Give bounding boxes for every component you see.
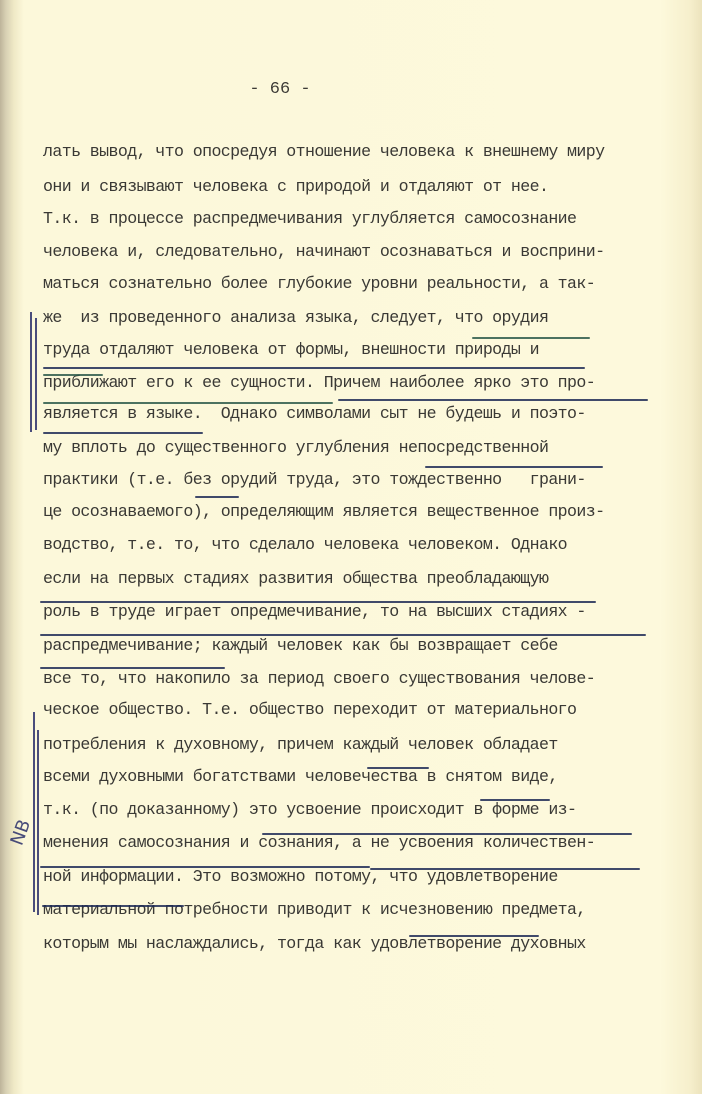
text-line: если на первых стадиях развития общества… — [43, 569, 548, 589]
text-line: роль в труде играет опредмечивание, то н… — [43, 602, 586, 622]
text-line: они и связывают человека с природой и от… — [43, 177, 548, 197]
text-line: является в языке. Однако символами сыт н… — [43, 404, 586, 424]
text-line: ной информации. Это возможно потому, что… — [43, 867, 558, 887]
text-line: же из проведенного анализа языка, следуе… — [43, 308, 548, 328]
document-page: - 66 - лать вывод, что опосредуя отношен… — [0, 0, 702, 1094]
text-line: практики (т.е. без орудий труда, это тож… — [43, 470, 586, 490]
text-line: Т.к. в процессе распредмечивания углубля… — [43, 209, 576, 229]
text-line: це осознаваемого), определяющим является… — [43, 502, 604, 522]
text-line: материальной потребности приводит к исче… — [43, 900, 586, 920]
text-line: всеми духовными богатствами человечества… — [43, 767, 558, 787]
text-line: потребления к духовному, причем каждый ч… — [43, 735, 558, 755]
text-line: менения самосознания и сознания, а не ус… — [43, 833, 595, 853]
text-line: маться сознательно более глубокие уровни… — [43, 274, 595, 294]
text-line: человека и, следовательно, начинают осоз… — [43, 242, 604, 262]
text-line: ческое общество. Т.е. общество переходит… — [43, 700, 576, 720]
page-number: - 66 - — [0, 80, 560, 99]
text-line: приближают его к ее сущности. Причем наи… — [43, 373, 595, 393]
text-line: труда отдаляют человека от формы, внешно… — [43, 340, 539, 360]
text-line: т.к. (по доказанному) это усвоение проис… — [43, 800, 576, 820]
margin-note: NB — [7, 817, 36, 848]
text-line: лать вывод, что опосредуя отношение чело… — [43, 142, 604, 162]
text-line: распредмечивание; каждый человек как бы … — [43, 636, 558, 656]
text-line: которым мы наслаждались, тогда как удовл… — [43, 934, 586, 954]
text-line: все то, что накопило за период своего су… — [43, 669, 595, 689]
text-line: водство, т.е. то, что сделало человека ч… — [43, 535, 567, 555]
text-line: му вплоть до существенного углубления не… — [43, 438, 548, 458]
